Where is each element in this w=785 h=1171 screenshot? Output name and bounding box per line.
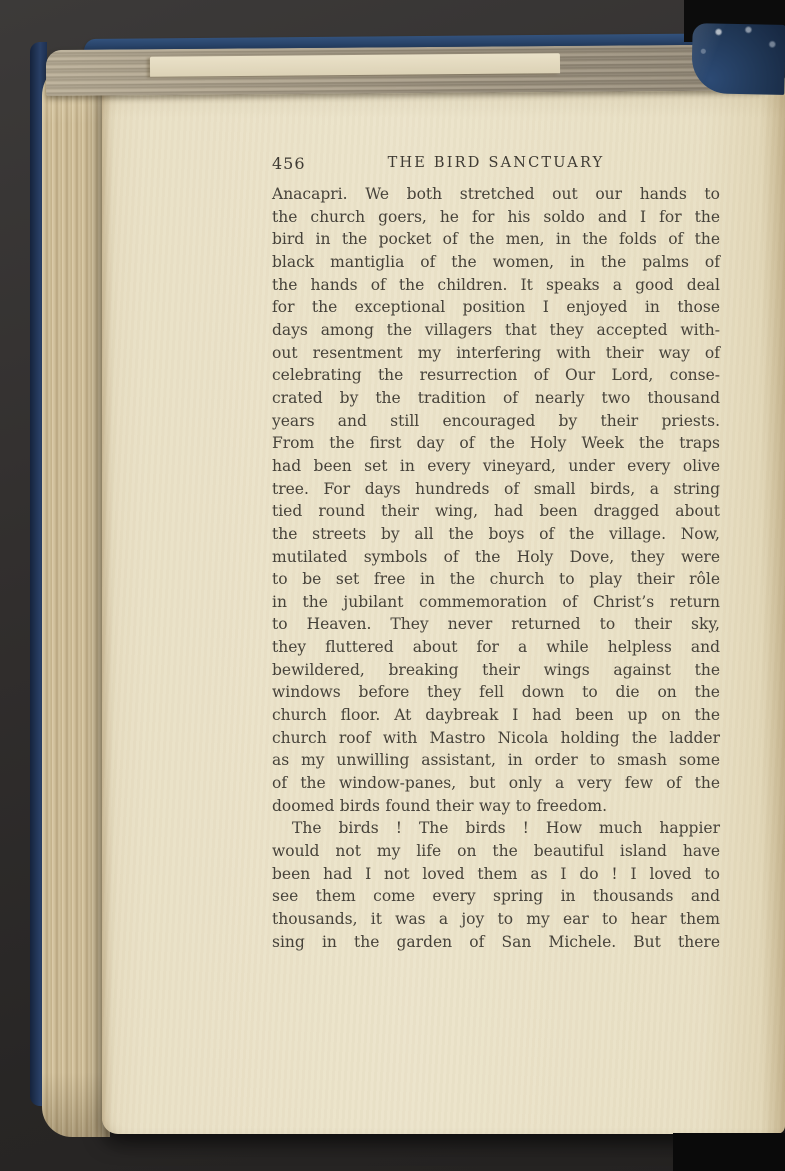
- text-line: thousands, it was a joy to my ear to hea…: [272, 908, 720, 931]
- text-line: black mantiglia of the women, in the pal…: [272, 251, 720, 274]
- book-page: 456 THE BIRD SANCTUARY Anacapri. We both…: [102, 76, 785, 1134]
- text-line: Anacapri. We both stretched out our hand…: [272, 183, 720, 206]
- text-line: the streets by all the boys of the villa…: [272, 523, 720, 546]
- text-line: the hands of the children. It speaks a g…: [272, 274, 720, 297]
- text-line: had been set in every vineyard, under ev…: [272, 455, 720, 478]
- text-line: days among the villagers that they accep…: [272, 319, 720, 342]
- running-title: THE BIRD SANCTUARY: [272, 155, 720, 171]
- text-line: windows before they fell down to die on …: [272, 681, 720, 704]
- text-line: the church goers, he for his soldo and I…: [272, 206, 720, 229]
- text-line: crated by the tradition of nearly two th…: [272, 387, 720, 410]
- text-line: doomed birds found their way to freedom.: [272, 795, 720, 818]
- text-line: tree. For days hundreds of small birds, …: [272, 478, 720, 501]
- book-scan-photo: 456 THE BIRD SANCTUARY Anacapri. We both…: [0, 0, 785, 1171]
- text-line: to be set free in the church to play the…: [272, 568, 720, 591]
- text-line: years and still encouraged by their prie…: [272, 410, 720, 433]
- text-line: to Heaven. They never returned to their …: [272, 613, 720, 636]
- text-block: Anacapri. We both stretched out our hand…: [272, 183, 720, 953]
- text-line: of the window-panes, but only a very few…: [272, 772, 720, 795]
- text-line: mutilated symbols of the Holy Dove, they…: [272, 546, 720, 569]
- text-line: tied round their wing, had been dragged …: [272, 500, 720, 523]
- text-line: for the exceptional position I enjoyed i…: [272, 296, 720, 319]
- text-line: sing in the garden of San Michele. But t…: [272, 931, 720, 954]
- text-line: in the jubilant commemoration of Christ’…: [272, 591, 720, 614]
- text-line: as my unwilling assistant, in order to s…: [272, 749, 720, 772]
- text-line: would not my life on the beautiful islan…: [272, 840, 720, 863]
- text-line: out resentment my interfering with their…: [272, 342, 720, 365]
- page-stack-left-edge: [42, 60, 110, 1137]
- text-line: bird in the pocket of the men, in the fo…: [272, 228, 720, 251]
- top-sheet-edge: [150, 53, 560, 77]
- text-line: been had I not loved them as I do ! I lo…: [272, 863, 720, 886]
- book-cover-corner: [691, 23, 785, 95]
- text-line: From the first day of the Holy Week the …: [272, 432, 720, 455]
- text-line: celebrating the resurrection of Our Lord…: [272, 364, 720, 387]
- text-line: church roof with Mastro Nicola holding t…: [272, 727, 720, 750]
- page-header: 456 THE BIRD SANCTUARY: [272, 154, 720, 174]
- text-line: church floor. At daybreak I had been up …: [272, 704, 720, 727]
- text-line: bewildered, breaking their wings against…: [272, 659, 720, 682]
- text-line: The birds ! The birds ! How much happier: [272, 817, 720, 840]
- background-shadow-bottom-right: [673, 1133, 785, 1171]
- text-line: they fluttered about for a while helples…: [272, 636, 720, 659]
- text-line: see them come every spring in thousands …: [272, 885, 720, 908]
